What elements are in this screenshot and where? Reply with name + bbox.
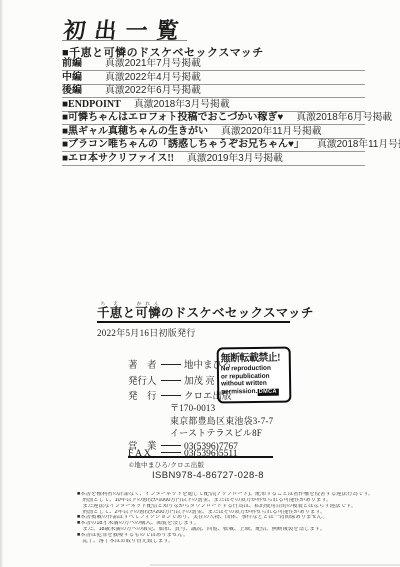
credit-label: 著 者: [128, 357, 159, 371]
publication-info: 真激2018年6月号掲載: [296, 109, 392, 123]
credit-label: 発 行: [128, 388, 159, 402]
credit-label: 発行人: [128, 373, 159, 387]
leader-line: [161, 395, 181, 396]
scan-edge-bottom: [150, 564, 400, 566]
leader-line: [161, 445, 181, 446]
book-title: 千恵ちえと可憐かれんのドスケベセックスマッチ: [97, 302, 314, 321]
leader-line: [161, 452, 181, 453]
edition-date: 2022年5月16日初版発行: [97, 326, 196, 339]
publication-info: 真激2022年4月号掲載: [105, 69, 201, 83]
copyright-line: ©地中まひろ/クロエ出版: [129, 460, 204, 469]
publication-row: ■エロ本サクリファイス!! 真激2019年3月号掲載: [62, 151, 365, 166]
furigana: ちえ: [97, 302, 123, 307]
furigana: かれん: [135, 302, 161, 307]
publication-info: 真激2021年7月号掲載: [105, 55, 201, 69]
scan-edge-left: [0, 0, 3, 567]
publisher-person-name: 加茂 亮: [184, 377, 215, 387]
book-title-part: と: [123, 306, 136, 320]
publication-info: 真激2019年3月号掲載: [187, 150, 283, 164]
credit-publisher: 発 行クロエ出版: [128, 388, 232, 402]
leader-line: [161, 364, 181, 365]
divider-rule: [128, 456, 273, 458]
colophon-page: 初出一覧 ■千恵と可憐のドスケベセックスマッチ 前編 真激2021年7月号掲載 …: [0, 0, 400, 567]
legal-line: 乱丁、落丁本はお取り替え致します。: [77, 539, 395, 545]
legal-notices: ■本書を権利者の許諾なく、インターネットを通じて配信(アップロード)、配布するこ…: [77, 492, 395, 545]
publication-info: 真激2018年11月号掲載: [317, 136, 400, 150]
publication-info: 真激2022年6月号掲載: [105, 82, 201, 96]
book-title-rule: [97, 321, 290, 323]
leader-line: [161, 380, 181, 381]
credit-author: 著 者地中まひろ: [128, 357, 232, 371]
credit-publisher-person: 発行人加茂 亮: [128, 373, 215, 387]
work-title: ■エロ本サクリファイス!!: [62, 149, 174, 164]
isbn: ISBN978-4-86727-028-8: [152, 470, 264, 481]
chapter-label: 後編: [62, 81, 105, 96]
title-underline: [62, 40, 187, 41]
book-title-part: 千恵: [97, 306, 123, 320]
dmca-badge: DMCA: [257, 388, 278, 396]
postal-code: 〒170-0013: [170, 401, 215, 414]
author-name: 地中まひろ: [184, 361, 232, 371]
book-title-part: のドスケベセックスマッチ: [161, 306, 314, 320]
book-title-part: 可憐: [135, 306, 161, 320]
